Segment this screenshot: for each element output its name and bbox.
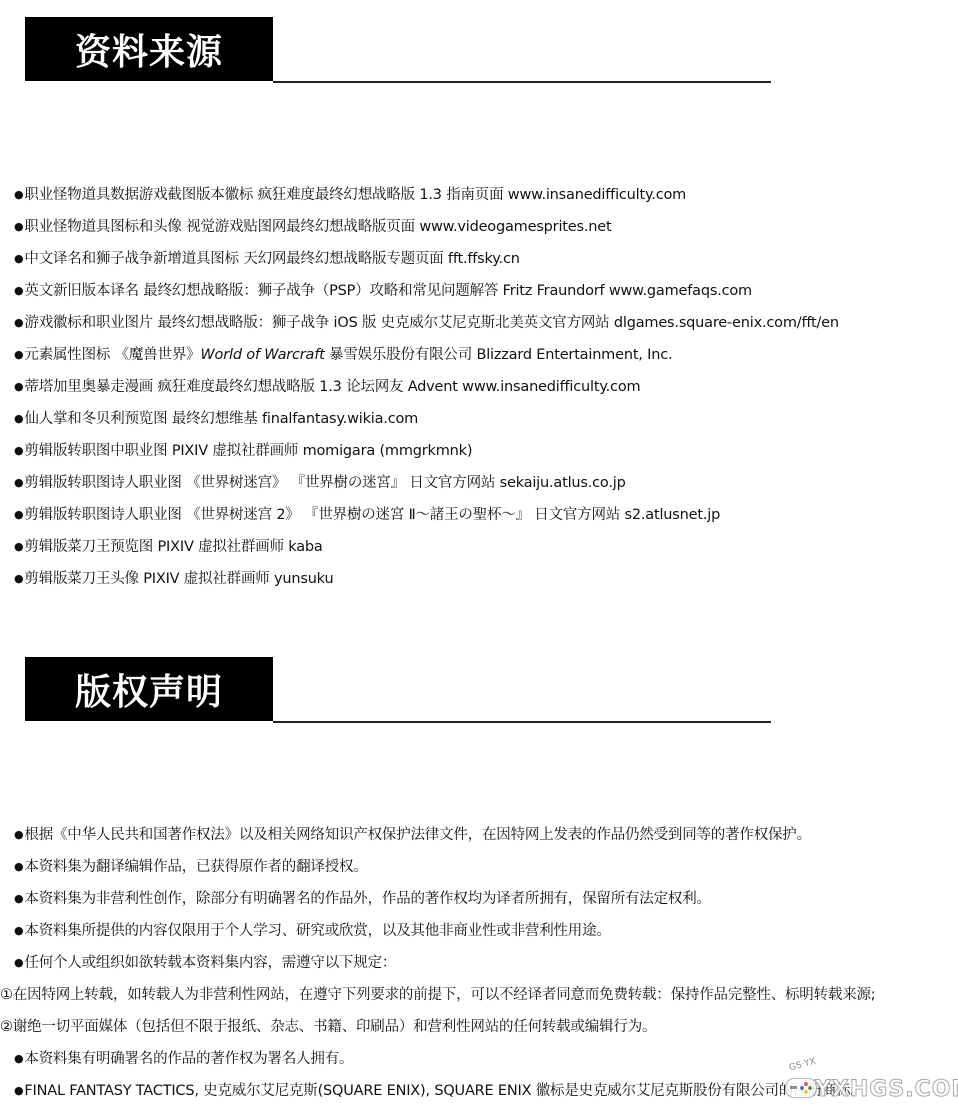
source-text: 剪辑版转职图诗人职业图 《世界树迷宫 2》 『世界樹の迷宮 Ⅱ～諸王の聖杯～』 … <box>24 507 720 523</box>
bullet-icon: ● <box>14 284 23 297</box>
bullet-icon: ● <box>14 828 23 841</box>
bullet-icon: ● <box>14 860 23 873</box>
sources-header: 资料来源 <box>25 17 771 83</box>
source-item: ●元素属性图标 《魔兽世界》World of Warcraft 暴雪娱乐股份有限… <box>14 345 839 377</box>
sources-divider <box>273 81 771 83</box>
copyright-divider <box>273 721 771 723</box>
copyright-item: ●本资料集所提供的内容仅限用于个人学习、研究或欣赏，以及其他非商业性或非营利性用… <box>14 921 875 953</box>
copyright-subitem: ①在因特网上转载，如转载人为非营利性网站，在遵守下列要求的前提下，可以不经译者同… <box>0 985 875 1017</box>
source-text: 仙人掌和冬贝利预览图 最终幻想维基 finalfantasy.wikia.com <box>24 411 418 427</box>
bullet-icon: ● <box>14 476 23 489</box>
source-text: 中文译名和狮子战争新增道具图标 天幻网最终幻想战略版专题页面 fft.ffsky… <box>24 251 519 267</box>
source-item: ●游戏徽标和职业图片 最终幻想战略版：狮子战争 iOS 版 史克威尔艾尼克斯北美… <box>14 313 839 345</box>
source-item: ●剪辑版转职图诗人职业图 《世界树迷宫 2》 『世界樹の迷宮 Ⅱ～諸王の聖杯～』… <box>14 505 839 537</box>
source-text: 英文新旧版本译名 最终幻想战略版：狮子战争（PSP）攻略和常见问题解答 Frit… <box>24 283 752 299</box>
source-italic-title: World of Warcraft <box>200 347 324 363</box>
bullet-icon: ● <box>14 220 23 233</box>
bullet-icon: ● <box>14 956 23 969</box>
copyright-list: ●根据《中华人民共和国著作权法》以及相关网络知识产权保护法律文件，在因特网上发表… <box>14 825 875 1108</box>
bullet-icon: ● <box>14 572 23 585</box>
copyright-text: ①在因特网上转载，如转载人为非营利性网站，在遵守下列要求的前提下，可以不经译者同… <box>0 987 875 1003</box>
bullet-icon: ● <box>14 316 23 329</box>
source-item: ●职业怪物道具数据游戏截图版本徽标 疯狂难度最终幻想战略版 1.3 指南页面 w… <box>14 185 839 217</box>
source-text: 剪辑版菜刀王头像 PIXIV 虚拟社群画师 yunsuku <box>24 571 333 587</box>
copyright-item: ●本资料集为非营利性创作，除部分有明确署名的作品外，作品的著作权均为译者所拥有，… <box>14 889 875 921</box>
site-watermark: GS·YX YXHGS.COM <box>785 1064 955 1104</box>
source-text: 剪辑版转职图中职业图 PIXIV 虚拟社群画师 momigara (mmgrkm… <box>24 443 472 459</box>
source-item: ●蒂塔加里奥暴走漫画 疯狂难度最终幻想战略版 1.3 论坛网友 Advent w… <box>14 377 839 409</box>
bullet-icon: ● <box>14 412 23 425</box>
source-text: 职业怪物道具图标和头像 视觉游戏贴图网最终幻想战略版页面 www.videoga… <box>24 219 611 235</box>
copyright-text: 本资料集为翻译编辑作品，已获得原作者的翻译授权。 <box>24 859 367 875</box>
source-text: 元素属性图标 《魔兽世界》 <box>24 347 200 363</box>
bullet-icon: ● <box>14 348 23 361</box>
bullet-icon: ● <box>14 540 23 553</box>
gamepad-icon <box>785 1078 817 1098</box>
copyright-item: ●任何个人或组织如欲转载本资料集内容，需遵守以下规定： <box>14 953 875 985</box>
source-item: ●剪辑版转职图诗人职业图 《世界树迷宫》 『世界樹の迷宮』 日文官方网站 sek… <box>14 473 839 505</box>
source-text: 剪辑版转职图诗人职业图 《世界树迷宫》 『世界樹の迷宮』 日文官方网站 seka… <box>24 475 625 491</box>
sources-title: 资料来源 <box>25 17 273 81</box>
bullet-icon: ● <box>14 252 23 265</box>
copyright-item: ●本资料集为翻译编辑作品，已获得原作者的翻译授权。 <box>14 857 875 889</box>
copyright-item: ●本资料集有明确署名的作品的著作权为署名人拥有。 <box>14 1049 875 1081</box>
source-text: 暴雪娱乐股份有限公司 Blizzard Entertainment, Inc. <box>325 347 673 363</box>
copyright-item: ●FINAL FANTASY TACTICS, 史克威尔艾尼克斯(SQUARE … <box>14 1081 875 1108</box>
source-item: ●职业怪物道具图标和头像 视觉游戏贴图网最终幻想战略版页面 www.videog… <box>14 217 839 249</box>
copyright-text: ②谢绝一切平面媒体（包括但不限于报纸、杂志、书籍、印刷品）和营利性网站的任何转载… <box>0 1019 656 1035</box>
copyright-header: 版权声明 <box>25 657 771 723</box>
bullet-icon: ● <box>14 892 23 905</box>
bullet-icon: ● <box>14 508 23 521</box>
source-text: 蒂塔加里奥暴走漫画 疯狂难度最终幻想战略版 1.3 论坛网友 Advent ww… <box>24 379 640 395</box>
source-item: ●中文译名和狮子战争新增道具图标 天幻网最终幻想战略版专题页面 fft.ffsk… <box>14 249 839 281</box>
bullet-icon: ● <box>14 924 23 937</box>
bullet-icon: ● <box>14 1052 23 1065</box>
watermark-text: YXHGS.COM <box>815 1077 958 1102</box>
copyright-text: 根据《中华人民共和国著作权法》以及相关网络知识产权保护法律文件，在因特网上发表的… <box>24 827 811 843</box>
bullet-icon: ● <box>14 188 23 201</box>
source-text: 剪辑版菜刀王预览图 PIXIV 虚拟社群画师 kaba <box>24 539 322 555</box>
copyright-text: 本资料集为非营利性创作，除部分有明确署名的作品外，作品的著作权均为译者所拥有，保… <box>24 891 710 907</box>
source-item: ●英文新旧版本译名 最终幻想战略版：狮子战争（PSP）攻略和常见问题解答 Fri… <box>14 281 839 313</box>
source-item: ●剪辑版菜刀王头像 PIXIV 虚拟社群画师 yunsuku <box>14 569 839 601</box>
copyright-title: 版权声明 <box>25 657 273 721</box>
copyright-text: 任何个人或组织如欲转载本资料集内容，需遵守以下规定： <box>24 955 396 971</box>
copyright-text: FINAL FANTASY TACTICS, 史克威尔艾尼克斯(SQUARE E… <box>24 1083 864 1099</box>
source-item: ●剪辑版菜刀王预览图 PIXIV 虚拟社群画师 kaba <box>14 537 839 569</box>
copyright-subitem: ②谢绝一切平面媒体（包括但不限于报纸、杂志、书籍、印刷品）和营利性网站的任何转载… <box>0 1017 875 1049</box>
bullet-icon: ● <box>14 380 23 393</box>
source-item: ●仙人掌和冬贝利预览图 最终幻想维基 finalfantasy.wikia.co… <box>14 409 839 441</box>
copyright-item: ●根据《中华人民共和国著作权法》以及相关网络知识产权保护法律文件，在因特网上发表… <box>14 825 875 857</box>
sources-list: ●职业怪物道具数据游戏截图版本徽标 疯狂难度最终幻想战略版 1.3 指南页面 w… <box>14 185 839 601</box>
bullet-icon: ● <box>14 1084 23 1097</box>
source-item: ●剪辑版转职图中职业图 PIXIV 虚拟社群画师 momigara (mmgrk… <box>14 441 839 473</box>
bullet-icon: ● <box>14 444 23 457</box>
copyright-text: 本资料集所提供的内容仅限用于个人学习、研究或欣赏，以及其他非商业性或非营利性用途… <box>24 923 610 939</box>
copyright-text: 本资料集有明确署名的作品的著作权为署名人拥有。 <box>24 1051 353 1067</box>
source-text: 游戏徽标和职业图片 最终幻想战略版：狮子战争 iOS 版 史克威尔艾尼克斯北美英… <box>24 315 838 331</box>
source-text: 职业怪物道具数据游戏截图版本徽标 疯狂难度最终幻想战略版 1.3 指南页面 ww… <box>24 187 686 203</box>
